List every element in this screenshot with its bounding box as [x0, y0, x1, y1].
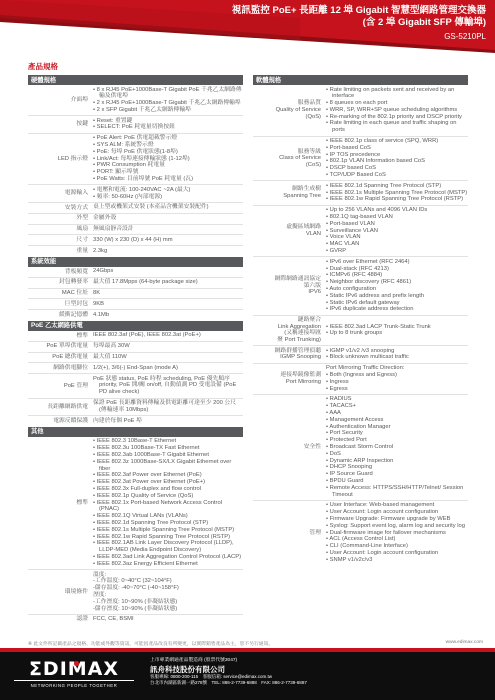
website-link[interactable]: www.edimax.com	[446, 640, 483, 647]
spec-label: 網路生成樹 Spanning Tree	[253, 186, 326, 199]
spec-item: IEEE 802.1AB Link Layer Discovery Protoc…	[93, 540, 243, 554]
spec-item: Egress	[326, 386, 468, 393]
spec-row: LED 指示燈PoE Alert: PoE 供電超載警示燈SYS ALM: 系統…	[28, 133, 243, 185]
section-header: 系統效能	[28, 257, 243, 267]
spec-label: 重量	[28, 248, 93, 255]
spec-item: GVRP	[326, 248, 468, 255]
spec-item: IEEE 802.3ad Link Aggregation Control Pr…	[93, 554, 243, 561]
spec-item: 9KB	[93, 301, 243, 308]
spec-item: Voice VLAN	[326, 234, 468, 241]
spec-item: 保證 PoE 長距離資料傳輸及供電距離可達至少 200 公尺 (傳輸速率 10M…	[93, 400, 243, 414]
spec-value: FCC, CE, BSMI	[93, 616, 243, 623]
spec-item: IEEE 802.3af (PoE), IEEE 802.3at (PoE+)	[93, 332, 243, 339]
spec-label: 鏈路聚合 Link Aggregation (又稱連接埠匯 聚 Port Tru…	[253, 317, 326, 343]
spec-item: Neighbor discovery (RFC 4861)	[326, 279, 468, 286]
spec-item: 330 (W) x 230 (D) x 44 (H) mm	[93, 237, 243, 244]
spec-row: 重量2.3kg	[28, 245, 243, 256]
spec-value: 8 x RJ45 PoE+1000Base-T Gigabit PoE 千兆乙太…	[93, 87, 243, 114]
spec-item: IEEE 802.3 10Base-T Ethernet	[93, 438, 243, 445]
spec-value: 最大值 110W	[93, 354, 243, 361]
spec-item: IEEE 802.3x Full-duplex and flow control	[93, 486, 243, 493]
spec-item: 4.1Mb	[93, 312, 243, 319]
spec-item: IGMP v1/v2 /v3 snooping	[326, 348, 468, 355]
spec-value: IPv6 over Ethernet (RFC 2464)Dual-stack …	[326, 259, 468, 313]
spec-label: 網路供電腳位	[28, 365, 93, 372]
spec-item: Port-based CoS	[326, 145, 468, 152]
spec-item: IP Source Guard	[326, 471, 468, 478]
spec-label: 標準	[28, 333, 93, 340]
spec-row: 安全性RADIUSTACACS+AAAManagement AccessAuth…	[253, 394, 468, 500]
spec-row: PoE 總供電量最大值 110W	[28, 352, 243, 363]
spec-item: SELECT: PoE 耗電量切換按鈕	[93, 124, 243, 131]
spec-value: 2.3kg	[93, 248, 243, 255]
spec-value: 金屬外殼	[93, 215, 243, 222]
spec-content: 產品規格 硬體規格介面埠8 x RJ45 PoE+1000Base-T Giga…	[28, 61, 468, 625]
spec-item: 桌上型或機架式安裝 (本產品含機架安裝配件)	[93, 204, 243, 211]
spec-label: 管理	[253, 530, 326, 537]
spec-item: CLI (Command-Line Interface)	[326, 543, 468, 550]
spec-item: IP TOS precedence	[326, 152, 468, 159]
spec-item: 2.3kg	[93, 248, 243, 255]
spec-label: 電源輸入	[28, 190, 93, 197]
spec-value: 9KB	[93, 301, 243, 308]
spec-item: DSCP based CoS	[326, 165, 468, 172]
spec-item: IEEE 802.1p class of service (SPQ, WRR)	[326, 138, 468, 145]
product-subtitle: (含 2 埠 Gigabit SFP 傳輸埠)	[232, 17, 486, 29]
spec-label: LED 指示燈	[28, 156, 93, 163]
spec-item: DHCP Snooping	[326, 464, 468, 471]
spec-value: IEEE 802.1p class of service (SPQ, WRR)P…	[326, 138, 468, 179]
spec-row: 背板頻寬24Gbps	[28, 267, 243, 277]
spec-value: IEEE 802.3af (PoE), IEEE 802.3at (PoE+)	[93, 332, 243, 339]
spec-row: 長距離網路供電保證 PoE 長距離資料傳輸及供電距離可達至少 200 公尺 (傳…	[28, 398, 243, 416]
spec-item: TACACS+	[326, 403, 468, 410]
spec-item: -儲存溼度: 10~90% (非凝結狀態)	[93, 606, 243, 613]
spec-row: 尺寸330 (W) x 230 (D) x 44 (H) mm	[28, 234, 243, 245]
spec-row: 標準IEEE 802.3af (PoE), IEEE 802.3at (PoE+…	[28, 331, 243, 341]
spec-label: 風扇	[28, 226, 93, 233]
spec-item: 最大值 110W	[93, 354, 243, 361]
spec-item: Auto configuration	[326, 286, 468, 293]
spec-item: SYS ALM: 系統警示燈	[93, 142, 243, 149]
disclaimer-text: ※ 此文件所記載產品之規格、功能或外觀等資訊，可能因產品改良有所變更，以實際銷售…	[28, 640, 273, 647]
spec-item: 最大值 17.8Mpps (64-byte package size)	[93, 279, 243, 286]
spec-value: RADIUSTACACS+AAAManagement AccessAuthent…	[326, 396, 468, 498]
spec-item: IEEE 802.3at Power over Ethernet (PoE+)	[93, 479, 243, 486]
spec-item: Rate limiting in each queue and traffic …	[326, 120, 468, 134]
spec-item: IEEE 802.1p Quality of Service (QoS)	[93, 493, 243, 500]
spec-label: MAC 位址	[28, 290, 93, 297]
spec-item: Remote Access: HTTPS/SSH/HTTP/Telnet/ Se…	[326, 485, 468, 499]
product-model: GS-5210PL	[232, 31, 486, 43]
spec-item: 電壓和電流: 100-240VAC ~2A (最大)	[93, 187, 243, 194]
spec-item: 頻率: 50-60Hz (內部電源)	[93, 194, 243, 201]
footnote-row: ※ 此文件所記載產品之規格、功能或外觀等資訊，可能因產品改良有所變更，以實際銷售…	[28, 640, 483, 647]
spec-value: Reset: 重置鍵SELECT: PoE 耗電量切換按鈕	[93, 118, 243, 132]
spec-item: Static IPv6 default gateway	[326, 300, 468, 307]
spec-value: 桌上型或機架式安裝 (本產品含機架安裝配件)	[93, 204, 243, 211]
spec-label: 外型	[28, 215, 93, 222]
spec-value: 無風扇靜音設計	[93, 226, 243, 233]
spec-row: 網路供電腳位1/2(+), 3/6(-) End-Span (mode A)	[28, 362, 243, 373]
spec-item: IEEE 802.1w Rapid Spanning Tree Protocol…	[326, 196, 468, 203]
spec-item: 金屬外殼	[93, 215, 243, 222]
spec-item: IEEE 802.1d Spanning Tree Protocol (STP)	[326, 183, 468, 190]
spec-value: PoE Alert: PoE 供電超載警示燈SYS ALM: 系統警示燈PoE:…	[93, 135, 243, 183]
spec-row: 網路群播管理偵聽 IGMP SnoopingIGMP v1/v2 /v3 sno…	[253, 345, 468, 363]
spec-row: 封包轉發率最大值 17.8Mpps (64-byte package size)	[28, 277, 243, 288]
spec-value: IEEE 802.1d Spanning Tree Protocol (STP)…	[326, 183, 468, 203]
spec-row: 外型金屬外殼	[28, 213, 243, 224]
spec-item: IEEE 802.3af Power over Ethernet (PoE)	[93, 472, 243, 479]
spec-row: 按鍵Reset: 重置鍵SELECT: PoE 耗電量切換按鈕	[28, 115, 243, 133]
spec-label: PoE 管理	[28, 383, 93, 390]
spec-value: Rate limiting on packets sent and receiv…	[326, 87, 468, 135]
company-name: 訊舟科技股份有限公司	[150, 665, 307, 674]
spec-item: Authentication Manager	[326, 424, 468, 431]
spec-row: 鏈路聚合 Link Aggregation (又稱連接埠匯 聚 Port Tru…	[253, 315, 468, 345]
spec-value: IEEE 802.3ad LACP Trunk-Static TrunkUp t…	[326, 324, 468, 338]
spec-item: DoS	[326, 451, 468, 458]
spec-label: 背板頻寬	[28, 269, 93, 276]
spec-value: 8K	[93, 290, 243, 297]
spec-item: IEEE 802.3ab 1000Base-T Gigabit Ethernet	[93, 452, 243, 459]
spec-item: IEEE 802.1x Port-based Network Access Co…	[93, 500, 243, 514]
company-address-line: 台北市內湖區新湖一路278號 TEL: 886-2-7739-6888 FAX:…	[150, 680, 307, 686]
logo-dot-icon	[74, 661, 79, 666]
spec-label: PoE 總供電量	[28, 354, 93, 361]
spec-value: 330 (W) x 230 (D) x 44 (H) mm	[93, 237, 243, 244]
spec-value: 4.1Mb	[93, 312, 243, 319]
spec-item: 24Gbps	[93, 268, 243, 275]
spec-item: Re-marking of the 802.1p priority and DS…	[326, 114, 468, 121]
spec-row: 連接埠鏡像監測 Port MirroringPort Mirroring Tra…	[253, 363, 468, 394]
spec-item: Port Mirroring Traffic Direction:	[326, 365, 468, 372]
spec-item: Protected Port	[326, 437, 468, 444]
spec-item: MAC VLAN	[326, 241, 468, 248]
section-header: 硬體規格	[28, 75, 243, 85]
spec-item: IEEE 802.1d Spanning Tree Protocol (STP)	[93, 520, 243, 527]
spec-value: IEEE 802.3 10Base-T EthernetIEEE 802.3u …	[93, 438, 243, 567]
spec-label: 虛擬區域網路 VLAN	[253, 224, 326, 237]
spec-item: FCC, CE, BSMI	[93, 616, 243, 623]
spec-item: PoE: 每埠 PoE 供電狀態(1-8埠)	[93, 149, 243, 156]
spec-item: IEEE 802.3az Energy Efficient Ethernet	[93, 561, 243, 568]
spec-column-right: 軟體規格服務品質 Quality of Service (QoS)Rate li…	[253, 74, 468, 565]
spec-item: ICMPv6 (RFC 4884)	[326, 272, 468, 279]
spec-value: Port Mirroring Traffic Direction:Both (I…	[326, 365, 468, 392]
section-header: 軟體規格	[253, 75, 468, 85]
section-header: 其他	[28, 427, 243, 437]
spec-item: IEEE 802.3ad LACP Trunk-Static Trunk	[326, 324, 468, 331]
spec-label: 標準	[28, 500, 93, 507]
spec-column-left: 硬體規格介面埠8 x RJ45 PoE+1000Base-T Gigabit P…	[28, 74, 243, 625]
spec-item: ACL (Access Control List)	[326, 536, 468, 543]
spec-value: 1/2(+), 3/6(-) End-Span (mode A)	[93, 365, 243, 372]
spec-item: PoE 狀態 status, PoE 時程 scheduling, PoE 優先…	[93, 376, 243, 396]
spec-item: SNMP v1/v2c/v3	[326, 557, 468, 564]
edimax-tagline: NETWORKING PEOPLE TOGETHER	[14, 680, 134, 688]
spec-value: 最大值 17.8Mpps (64-byte package size)	[93, 279, 243, 286]
section-header: PoE 乙太網路供電	[28, 321, 243, 331]
spec-row: 服務等級 Class of Service (CoS)IEEE 802.1p c…	[253, 136, 468, 181]
spec-row: 介面埠8 x RJ45 PoE+1000Base-T Gigabit PoE 千…	[28, 85, 243, 115]
spec-item: Both (Ingress and Egress)	[326, 372, 468, 379]
spec-item: Management Access	[326, 417, 468, 424]
spec-item: 802.1Q tag-based VLAN	[326, 214, 468, 221]
spec-item: 無風扇靜音設計	[93, 226, 243, 233]
spec-item: Port-based VLAN	[326, 221, 468, 228]
spec-item: Syslog: Support event log, alarm log and…	[326, 523, 468, 530]
spec-item: 2 x SFP Gigabit 千兆乙太網路傳輸埠	[93, 107, 243, 114]
spec-label: PoE 單埠供電量	[28, 343, 93, 350]
spec-item: 8K	[93, 290, 243, 297]
footer-band: ΣDIMAX NETWORKING PEOPLE TOGETHER 上市專業網通…	[0, 652, 495, 700]
spec-label: 網際網路通訊協定 第六版 IPV6	[253, 276, 326, 296]
spec-label: 環境條件	[28, 589, 93, 596]
header-text: 視訊監控 PoE+ 長距離 12 埠 Gigabit 智慧型網路管理交換器 (含…	[232, 5, 486, 43]
spec-item: Up to 256 VLANs and 4096 VLAN IDs	[326, 207, 468, 214]
datasheet-page: 視訊監控 PoE+ 長距離 12 埠 Gigabit 智慧型網路管理交換器 (含…	[0, 0, 495, 700]
product-title: 視訊監控 PoE+ 長距離 12 埠 Gigabit 智慧型網路管理交換器	[232, 5, 486, 17]
spec-item: IEEE 802.1s Multiple Spanning Tree Proto…	[93, 527, 243, 534]
spec-row: 環境條件溫度:-工作溫度: 0~40°C (32~104°F)-儲存溫度: -4…	[28, 569, 243, 614]
spec-item: Broadcast Storm Control	[326, 444, 468, 451]
spec-value: 內建於每個 PoE 埠	[93, 418, 243, 425]
spec-label: 按鍵	[28, 121, 93, 128]
spec-value: 24Gbps	[93, 268, 243, 275]
spec-row: 緩衝記憶體4.1Mb	[28, 309, 243, 320]
spec-label: 巨型封包	[28, 301, 93, 308]
spec-item: IEEE 802.1Q Virtual LANs (VLANs)	[93, 513, 243, 520]
spec-item: AAA	[326, 410, 468, 417]
spec-item: 內建於每個 PoE 埠	[93, 418, 243, 425]
spec-row: 安裝方式桌上型或機架式安裝 (本產品含機架安裝配件)	[28, 202, 243, 213]
spec-item: -儲存溫度: -40~70°C (-40~158°F)	[93, 585, 243, 592]
spec-item: User Interface: Web-based management	[326, 502, 468, 509]
spec-row: 巨型封包9KB	[28, 298, 243, 309]
spec-label: 尺寸	[28, 237, 93, 244]
spec-row: PoE 管理PoE 狀態 status, PoE 時程 scheduling, …	[28, 373, 243, 397]
spec-row: 電源反饋保護內建於每個 PoE 埠	[28, 415, 243, 426]
spec-item: -工作溼度: 10~90% (非凝結狀態)	[93, 599, 243, 606]
spec-label: 連接埠鏡像監測 Port Mirroring	[253, 372, 326, 385]
spec-item: PoE Watts: 目前埠號 PoE 耗電量 (瓦)	[93, 176, 243, 183]
spec-label: 長距離網路供電	[28, 404, 93, 411]
spec-item: Dynamic ARP Inspection	[326, 458, 468, 465]
spec-item: RADIUS	[326, 396, 468, 403]
spec-row: 標準IEEE 802.3 10Base-T EthernetIEEE 802.3…	[28, 437, 243, 569]
spec-item: 2 x RJ45 PoE+1000Base-T Gigabit 千兆乙太網路傳輸…	[93, 100, 243, 107]
spec-item: Firmware Upgrade: Firmware upgrade by WE…	[326, 516, 468, 523]
spec-row: 認證FCC, CE, BSMI	[28, 614, 243, 625]
spec-value: 保證 PoE 長距離資料傳輸及供電距離可達至少 200 公尺 (傳輸速率 10M…	[93, 400, 243, 414]
spec-row: PoE 單埠供電量每埠最高 30W	[28, 341, 243, 352]
spec-item: IPv6 duplicate address detection	[326, 306, 468, 313]
edimax-logo: ΣDIMAX NETWORKING PEOPLE TOGETHER	[14, 659, 134, 688]
spec-item: IPv6 over Ethernet (RFC 2464)	[326, 259, 468, 266]
spec-row: 虛擬區域網路 VLANUp to 256 VLANs and 4096 VLAN…	[253, 205, 468, 257]
spec-item: Rate limiting on packets sent and receiv…	[326, 87, 468, 101]
spec-label: 服務品質 Quality of Service (QoS)	[253, 100, 326, 120]
spec-row: 管理User Interface: Web-based managementUs…	[253, 500, 468, 565]
spec-row: 網路生成樹 Spanning TreeIEEE 802.1d Spanning …	[253, 180, 468, 204]
spec-item: Static IPv6 address and prefix length	[326, 293, 468, 300]
spec-value: PoE 狀態 status, PoE 時程 scheduling, PoE 優先…	[93, 376, 243, 396]
spec-label: 封包轉發率	[28, 279, 93, 286]
spec-label: 網路群播管理偵聽 IGMP Snooping	[253, 348, 326, 361]
page-title: 產品規格	[28, 61, 468, 72]
spec-item: Port Security	[326, 430, 468, 437]
spec-item: Surveillance VLAN	[326, 228, 468, 235]
spec-row: 服務品質 Quality of Service (QoS)Rate limiti…	[253, 85, 468, 136]
spec-item: IEEE 802.1w Rapid Spanning Tree Protocol…	[93, 534, 243, 541]
spec-value: IGMP v1/v2 /v3 snoopingBlock unknown mul…	[326, 348, 468, 362]
spec-label: 認證	[28, 616, 93, 623]
spec-item: Ingress	[326, 379, 468, 386]
spec-value: 溫度:-工作溫度: 0~40°C (32~104°F)-儲存溫度: -40~70…	[93, 572, 243, 613]
company-info: 上市專業網通產品製造商 (股票代號3047) 訊舟科技股份有限公司 客服專線: …	[150, 658, 307, 686]
spec-value: Up to 256 VLANs and 4096 VLAN IDs802.1Q …	[326, 207, 468, 255]
spec-item: 1/2(+), 3/6(-) End-Span (mode A)	[93, 365, 243, 372]
spec-label: 服務等級 Class of Service (CoS)	[253, 149, 326, 169]
spec-row: 電源輸入電壓和電流: 100-240VAC ~2A (最大)頻率: 50-60H…	[28, 184, 243, 202]
spec-item: 8 x RJ45 PoE+1000Base-T Gigabit PoE 千兆乙太…	[93, 87, 243, 101]
spec-item: User Account: Login account configuratio…	[326, 509, 468, 516]
spec-item: Dual-firmware image for failover mechani…	[326, 530, 468, 537]
spec-item: 每埠最高 30W	[93, 343, 243, 350]
spec-row: 風扇無風扇靜音設計	[28, 224, 243, 235]
spec-label: 電源反饋保護	[28, 418, 93, 425]
spec-item: Up to 8 trunk groups	[326, 330, 468, 337]
spec-label: 安裝方式	[28, 205, 93, 212]
spec-item: Block unknown multicast traffic	[326, 354, 468, 361]
spec-item: TCP/UDP Based CoS	[326, 172, 468, 179]
spec-value: 每埠最高 30W	[93, 343, 243, 350]
spec-item: 802.1p VLAN Information based CoS	[326, 158, 468, 165]
spec-item: IEEE 802.1s Multiple Spanning Tree Proto…	[326, 190, 468, 197]
spec-label: 緩衝記憶體	[28, 312, 93, 319]
spec-label: 安全性	[253, 444, 326, 451]
spec-value: 電壓和電流: 100-240VAC ~2A (最大)頻率: 50-60Hz (內…	[93, 187, 243, 201]
spec-item: User Account: Login account configuratio…	[326, 550, 468, 557]
spec-row: 網際網路通訊協定 第六版 IPV6IPv6 over Ethernet (RFC…	[253, 256, 468, 314]
spec-item: 溼度:	[93, 592, 243, 599]
spec-item: WRR, SP, WRR+SP queue scheduling algorit…	[326, 107, 468, 114]
spec-item: IEEE 802.3z 1000Base-SX/LX Gigabit Ether…	[93, 459, 243, 473]
spec-value: User Interface: Web-based managementUser…	[326, 502, 468, 563]
spec-item: Dual-stack (RFC 4213)	[326, 266, 468, 273]
spec-label: 介面埠	[28, 97, 93, 104]
spec-item: BPDU Guard	[326, 478, 468, 485]
spec-item: IEEE 802.3u 100Base-TX Fast Ethernet	[93, 445, 243, 452]
spec-columns: 硬體規格介面埠8 x RJ45 PoE+1000Base-T Gigabit P…	[28, 74, 468, 625]
spec-item: 8 queues on each port	[326, 100, 468, 107]
spec-row: MAC 位址8K	[28, 288, 243, 299]
